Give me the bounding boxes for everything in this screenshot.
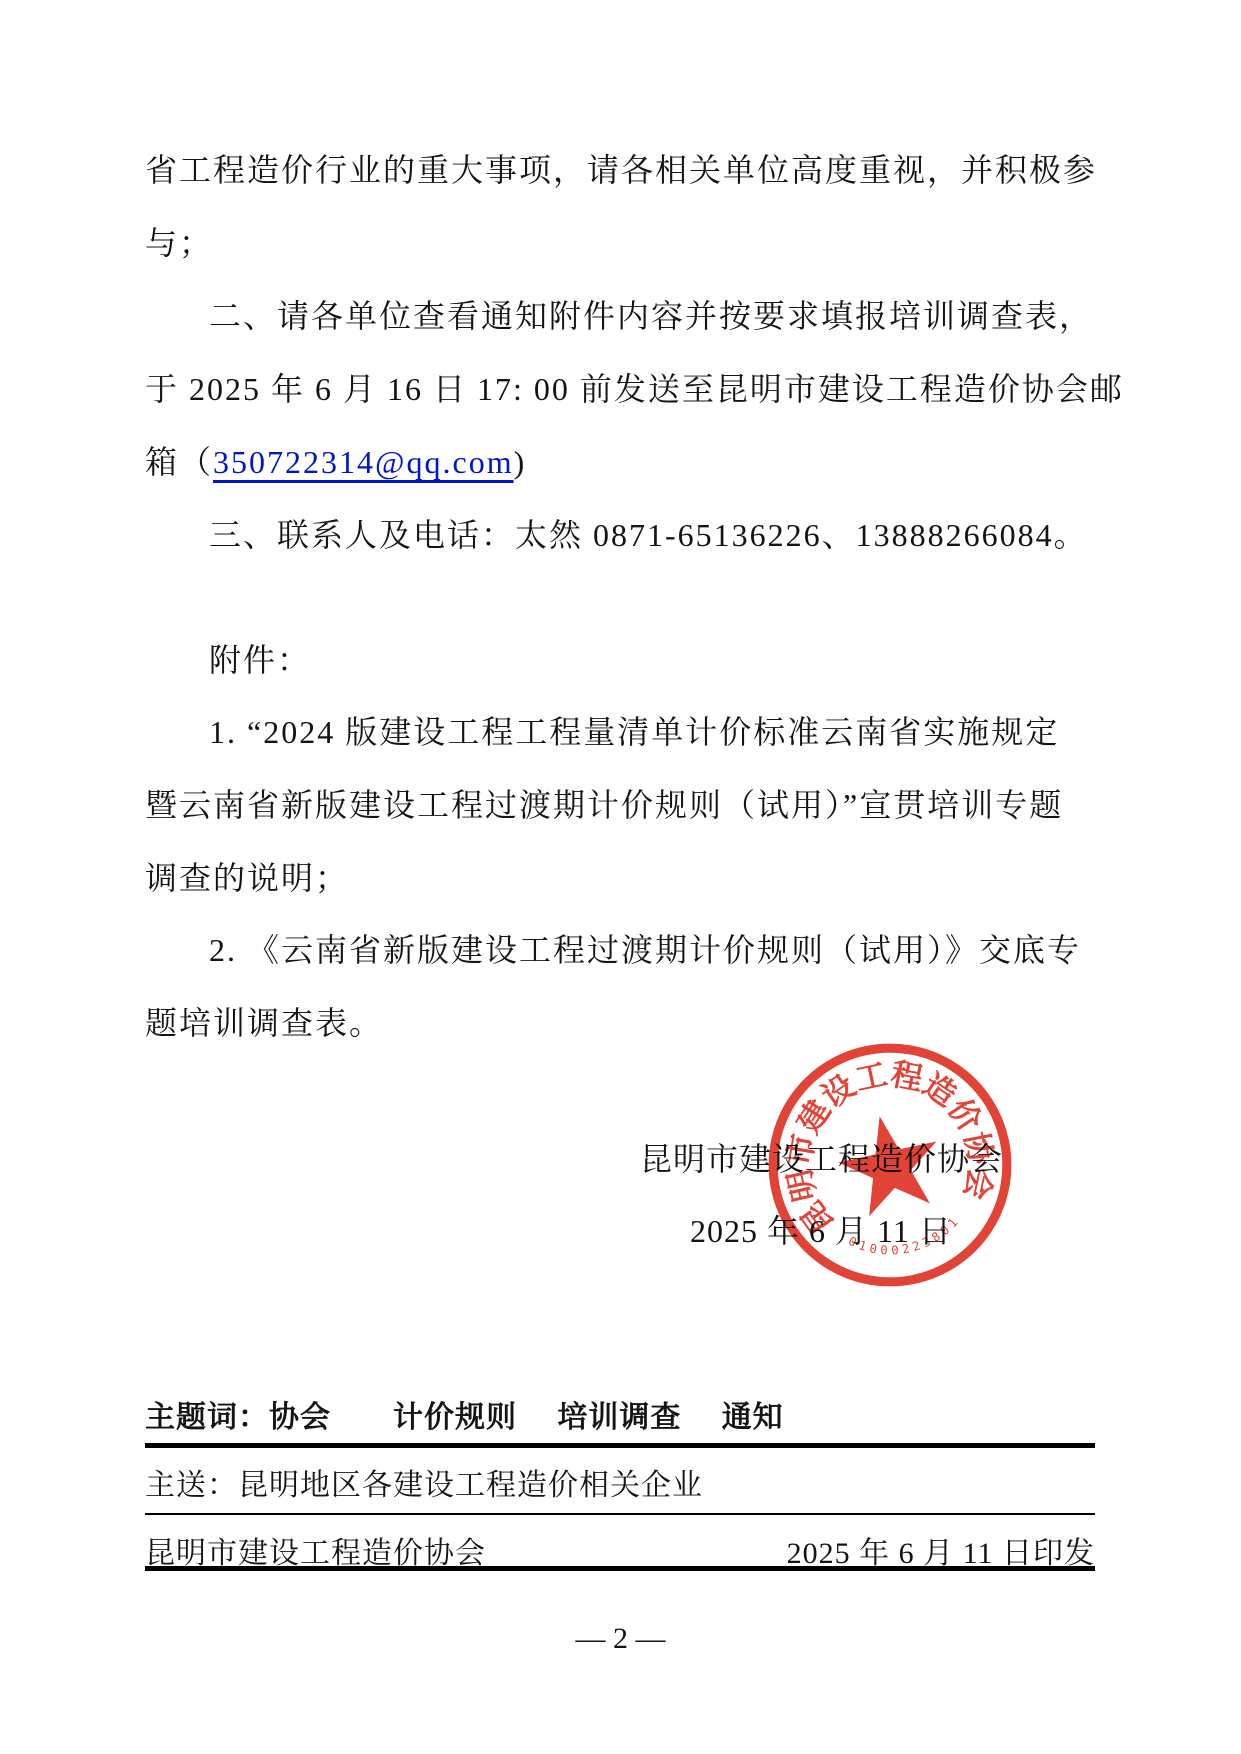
- body-line-4: 于 2025 年 6 月 16 日 17: 00 前发送至昆明市建设工程造价协会…: [145, 369, 1124, 409]
- body-line-1: 省工程造价行业的重大事项，请各相关单位高度重视，并积极参: [145, 150, 1097, 190]
- email-line-suffix: ): [514, 444, 527, 480]
- attachment2-line-2: 题培训调查表。: [145, 1003, 383, 1043]
- seal-star-icon: [830, 1106, 948, 1220]
- attachment-heading: 附件：: [209, 640, 311, 680]
- attachment1-line-1: 1. “2024 版建设工程工程量清单计价标准云南省实施规定: [209, 712, 1059, 752]
- svg-text:01000223801: 01000223801: [844, 1211, 968, 1268]
- body-line-3: 二、请各单位查看通知附件内容并按要求填报培训调查表，: [209, 296, 1093, 336]
- email-line-prefix: 箱（: [145, 444, 213, 480]
- official-seal: 昆明市建设工程造价协会 01000223801: [739, 1014, 1040, 1315]
- email-link[interactable]: 350722314@qq.com: [213, 444, 514, 480]
- body-line-6: 三、联系人及电话：太然 0871-65136226、13888266084。: [209, 515, 1088, 555]
- body-line-5: 箱（350722314@qq.com): [145, 442, 526, 482]
- footer-divider-bottom: [145, 1566, 1095, 1571]
- attachment1-line-2: 暨云南省新版建设工程过渡期计价规则（试用）”宣贯培训专题: [145, 785, 1063, 825]
- footer-recipients: 主送：昆明地区各建设工程造价相关企业: [145, 1460, 1095, 1504]
- body-line-2: 与；: [145, 223, 213, 263]
- attachment2-line-1: 2. 《云南省新版建设工程过渡期计价规则（试用）》交底专: [209, 930, 1081, 970]
- page-number: — 2 —: [0, 1622, 1241, 1656]
- footer-subject-words: 主题词：协会 计价规则 培训调查 通知: [145, 1392, 1095, 1436]
- footer-divider-middle: [145, 1513, 1095, 1515]
- attachment1-line-3: 调查的说明；: [145, 858, 349, 898]
- footer-divider-top: [145, 1443, 1095, 1448]
- seal-serial-number: 01000223801: [844, 1211, 968, 1268]
- document-page: 省工程造价行业的重大事项，请各相关单位高度重视，并积极参 与； 二、请各单位查看…: [0, 0, 1241, 1754]
